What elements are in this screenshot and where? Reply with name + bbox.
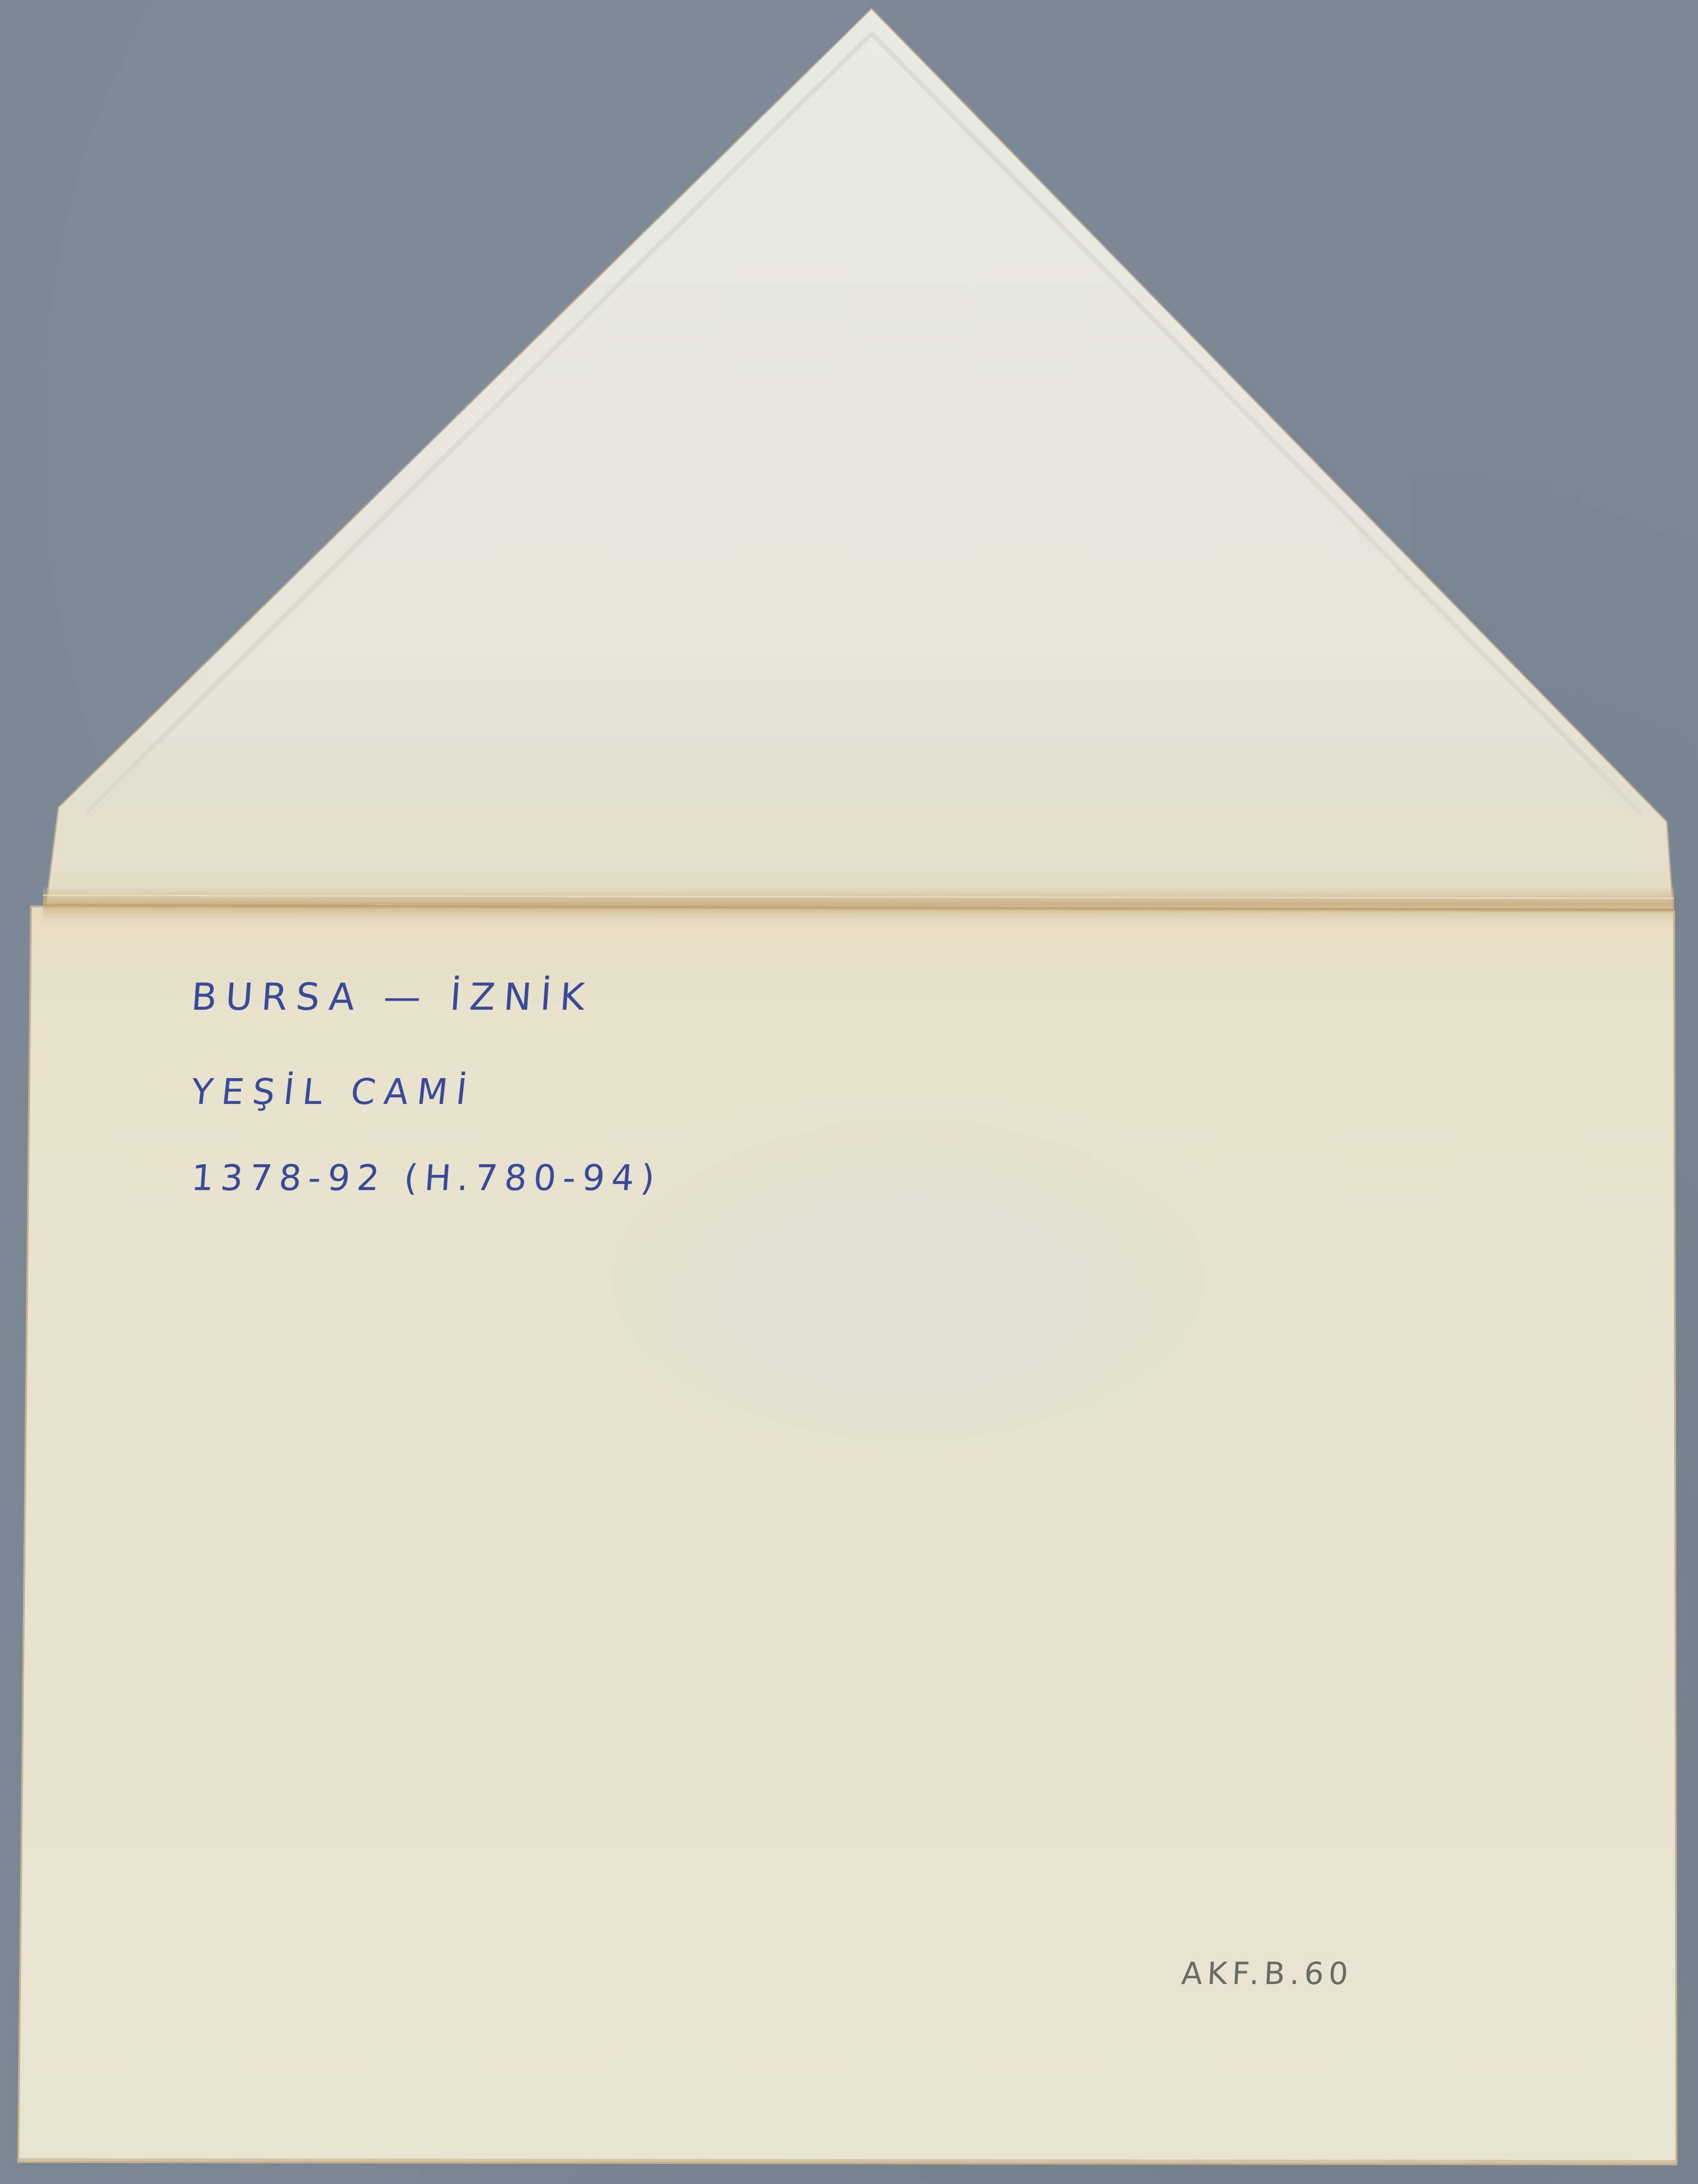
handwritten-location: BURSA — İZNİK	[190, 976, 595, 1019]
flap-seam	[43, 885, 1674, 923]
handwritten-monument: YEŞİL CAMİ	[189, 1071, 477, 1113]
envelope-flap	[45, 9, 1673, 909]
catalog-number: AKF.B.60	[1180, 1956, 1354, 1992]
handwritten-dates: 1378-92 (H.780-94)	[190, 1158, 662, 1199]
